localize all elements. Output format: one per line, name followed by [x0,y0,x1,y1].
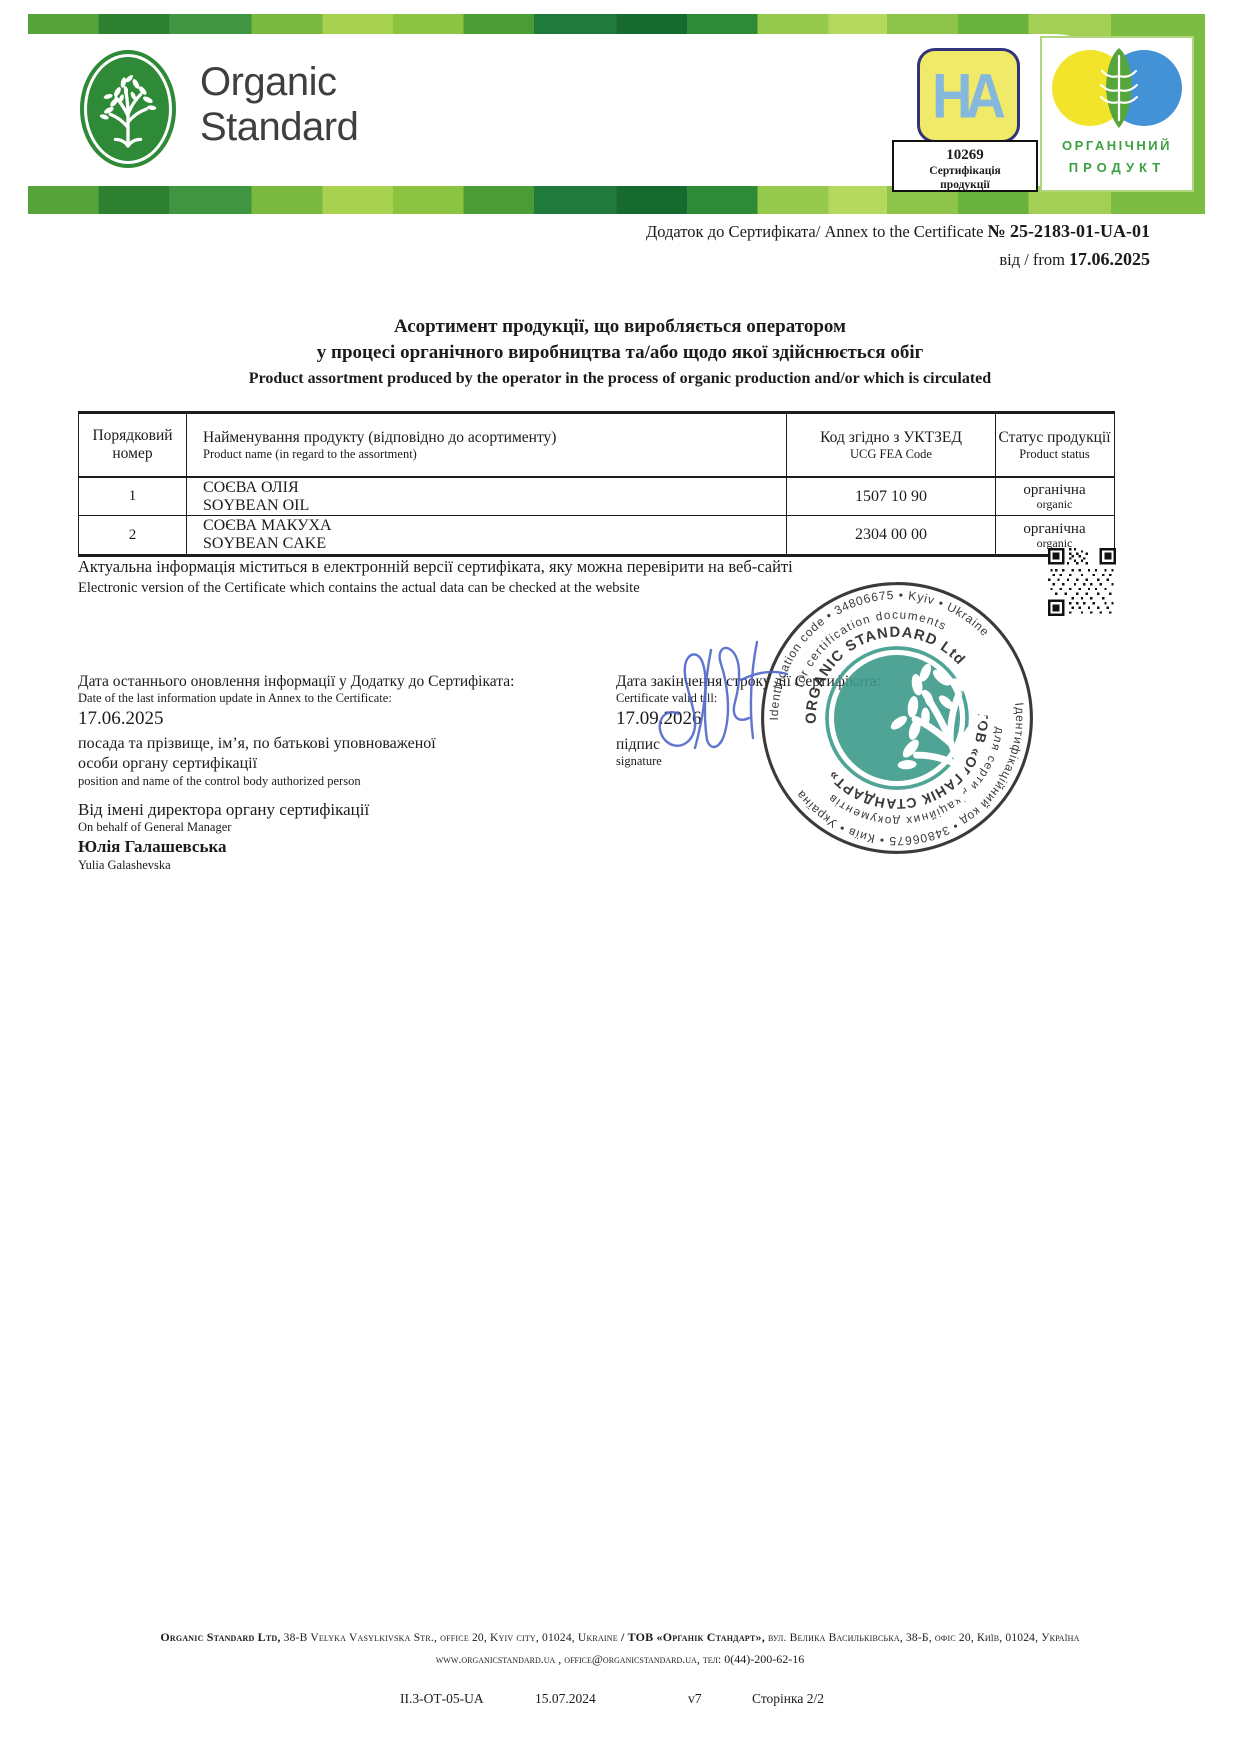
footer-address: Organic Standard Ltd, 38-B Velyka Vasylk… [70,1630,1170,1645]
title-ua-line-1: Асортимент продукції, що виробляється оп… [70,314,1170,340]
na-monogram-icon: НА [932,59,999,132]
product-name-ua: СОЄВА ОЛІЯ [203,479,299,497]
certificate-annex-page: Organic Standard НА 10269 Сертифікація п… [0,0,1240,1754]
organic-standard-logo [80,50,176,168]
footer-doc-date: 15.07.2024 [535,1691,596,1707]
product-status: органічна organic [996,478,1113,515]
authorized-person-ua-1: посада та прізвище, ім’я, по батькові уп… [78,734,618,754]
table-header-row: Порядковий номер Найменування продукту (… [79,414,1114,478]
authorized-person-block: посада та прізвище, ім’я, по батькові уп… [78,734,618,789]
note-ua: Актуальна інформація міститься в електро… [78,556,998,578]
from-label: від / from [999,250,1065,269]
accreditation-number-box: 10269 Сертифікація продукції [892,140,1038,192]
footer-doc-code: ІІ.3-ОТ-05-UA [400,1691,484,1707]
table-row: 1 СОЄВА ОЛІЯ SOYBEAN OIL 1507 10 90 орга… [79,478,1114,516]
header-product-name: Найменування продукту (відповідно до асо… [187,414,787,476]
certificate-date: 17.06.2025 [1069,249,1150,269]
product-table: Порядковий номер Найменування продукту (… [78,411,1115,557]
signatory-name-ua: Юлія Галашевська [78,835,618,858]
product-code: 1507 10 90 [787,478,996,515]
header-number-ua: Порядковий номер [79,427,186,463]
header-status: Статус продукції Product status [996,414,1113,476]
footer-address-en: 38-B Velyka Vasylkivska Str., office 20,… [284,1632,618,1644]
footer-company-ua: ТОВ «Органік Стандарт», [628,1630,765,1644]
title-en: Product assortment produced by the opera… [70,366,1170,392]
signatory-title-ua: Від імені директора органу сертифікації [78,799,618,820]
product-status-en: organic [996,498,1113,511]
signatory-block: Від імені директора органу сертифікації … [78,799,618,873]
product-status-ua: органічна [996,482,1113,498]
qr-code [1048,548,1116,616]
organic-badge-line-2: ПРОДУКТ [1042,160,1192,175]
row-number: 1 [79,478,187,515]
header-code-en: UCG FEA Code [787,447,995,462]
last-update-date: 17.06.2025 [78,706,618,731]
authorized-person-ua-2: особи органу сертифікації [78,754,618,774]
header-status-en: Product status [996,447,1113,462]
logo-word-2: Standard [200,105,358,150]
signatory-title-en: On behalf of General Manager [78,820,618,835]
footer-company-en: Organic Standard Ltd, [160,1630,280,1644]
footer-doc-version: v7 [688,1691,702,1707]
row-number: 2 [79,516,187,554]
header-product-name-en: Product name (in regard to the assortmen… [203,447,417,462]
from-line: від / from 17.06.2025 [400,246,1150,274]
annex-line: Додаток до Сертифіката/ Annex to the Cer… [400,218,1150,246]
logo-word-1: Organic [200,60,358,105]
row-product-name: СОЄВА МАКУХА SOYBEAN CAKE [187,516,787,554]
last-update-ua: Дата останнього оновлення інформації у Д… [78,672,618,691]
certificate-reference: Додаток до Сертифіката/ Annex to the Cer… [400,218,1150,274]
header-number: Порядковий номер [79,414,187,476]
last-update-en: Date of the last information update in A… [78,691,618,706]
authorized-person-en: position and name of the control body au… [78,774,618,789]
footer-separator: / [621,1630,625,1644]
header-product-name-ua: Найменування продукту (відповідно до асо… [203,429,556,447]
accreditation-na-badge: НА [917,48,1020,143]
footer-address-ua: вул. Велика Васильківська, 38-Б, офіс 20… [768,1632,1080,1644]
tree-icon [95,69,161,149]
signatory-name-en: Yulia Galashevska [78,858,618,873]
organic-badge-line-1: ОРГАНІЧНИЙ [1042,138,1192,153]
accreditation-number: 10269 [894,146,1036,164]
accreditation-line-1: Сертифікація [894,164,1036,178]
product-name-en: SOYBEAN CAKE [203,535,326,553]
title-ua-line-2: у процесі органічного виробництва та/або… [70,340,1170,366]
row-product-name: СОЄВА ОЛІЯ SOYBEAN OIL [187,478,787,515]
product-status-ua: органічна [996,521,1113,537]
leaf-icon [1095,44,1143,132]
header-code: Код згідно з УКТЗЕД UCG FEA Code [787,414,996,476]
footer-contacts: www.organicstandard.ua , office@organics… [70,1652,1170,1667]
annex-label: Додаток до Сертифіката/ Annex to the Cer… [646,222,983,241]
footer-page-number: Сторінка 2/2 [752,1691,824,1707]
handwritten-signature [645,622,820,772]
product-name-ua: СОЄВА МАКУХА [203,517,332,535]
accreditation-line-2: продукції [894,178,1036,192]
header-code-ua: Код згідно з УКТЗЕД [787,429,995,447]
header-status-ua: Статус продукції [996,429,1113,447]
certificate-number: № 25-2183-01-UA-01 [987,221,1150,241]
product-name-en: SOYBEAN OIL [203,497,309,515]
last-update-block: Дата останнього оновлення інформації у Д… [78,672,618,731]
organic-product-badge: ОРГАНІЧНИЙ ПРОДУКТ [1040,36,1194,192]
document-title: Асортимент продукції, що виробляється оп… [70,314,1170,392]
logo-wordmark: Organic Standard [200,60,358,150]
